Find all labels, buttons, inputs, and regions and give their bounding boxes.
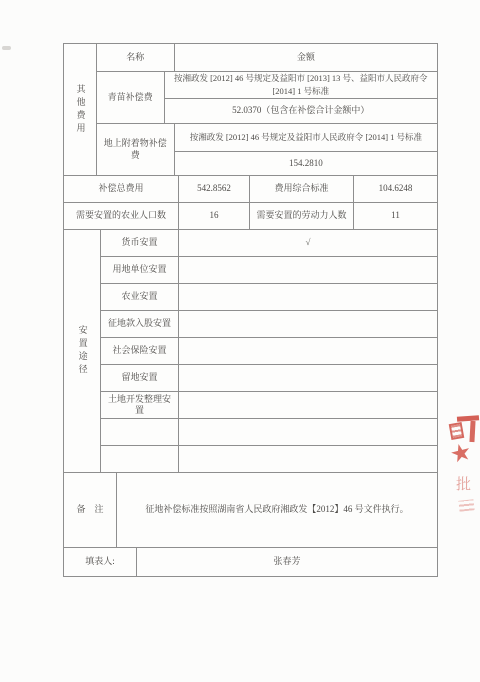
young-crop-label: 青苗补偿费 xyxy=(97,72,165,124)
header-amount: 金额 xyxy=(175,44,437,72)
scanned-form-page: 其他费用 名称 金额 青苗补偿费 按湘政发 [2012] 46 号规定及益阳市 … xyxy=(0,0,480,682)
stamp-downstroke xyxy=(469,421,475,442)
placement-value xyxy=(179,392,437,419)
placement-section: 安置途径 货币安置 √ 用地单位安置 农业安置 征地款入股安置 xyxy=(64,230,437,473)
placement-row-social-insurance: 社会保险安置 xyxy=(101,338,437,365)
placement-label: 土地开发整理安置 xyxy=(101,392,179,419)
other-fees-section: 其他费用 名称 金额 青苗补偿费 按湘政发 [2012] 46 号规定及益阳市 … xyxy=(64,44,437,176)
scan-smudge xyxy=(2,46,11,50)
agri-population-value: 16 xyxy=(179,203,250,230)
placement-section-label: 安置途径 xyxy=(64,230,101,473)
young-crop-standard: 按湘政发 [2012] 46 号规定及益阳市 [2013] 13 号、益阳市人民… xyxy=(165,72,437,99)
agri-population-label: 需要安置的农业人口数 xyxy=(64,203,179,230)
preparer-label: 填表人: xyxy=(64,548,137,576)
placement-checkmark: √ xyxy=(179,230,437,257)
remarks-row: 备 注 征地补偿标准按照湖南省人民政府湘政发【2012】46 号文件执行。 xyxy=(64,473,437,548)
placement-value xyxy=(179,365,437,392)
placement-value xyxy=(179,257,437,284)
placement-row-monetary: 货币安置 √ xyxy=(101,230,437,257)
placement-label xyxy=(101,446,179,473)
labor-population-value: 11 xyxy=(354,203,437,230)
placement-value xyxy=(179,446,437,473)
star-icon: ★ xyxy=(447,439,474,467)
placement-label: 留地安置 xyxy=(101,365,179,392)
placement-row-agriculture: 农业安置 xyxy=(101,284,437,311)
total-fee-label: 补偿总费用 xyxy=(64,176,179,203)
placement-row-equity: 征地款入股安置 xyxy=(101,311,437,338)
preparer-name: 张春芳 xyxy=(137,548,437,576)
attachments-standard: 按湘政发 [2012] 46 号规定及益阳市人民政府令 [2014] 1 号标准 xyxy=(175,124,437,152)
compensation-form-table: 其他费用 名称 金额 青苗补偿费 按湘政发 [2012] 46 号规定及益阳市 … xyxy=(63,43,438,577)
young-crop-row: 青苗补偿费 按湘政发 [2012] 46 号规定及益阳市 [2013] 13 号… xyxy=(97,72,437,124)
young-crop-amount: 52.0370（包含在补偿合计金额中） xyxy=(165,99,437,124)
placement-label xyxy=(101,419,179,446)
attachments-amount: 154.2810 xyxy=(175,152,437,176)
placement-value xyxy=(179,311,437,338)
attachments-row: 地上附着物补偿费 按湘政发 [2012] 46 号规定及益阳市人民政府令 [20… xyxy=(97,124,437,176)
header-row: 名称 金额 xyxy=(97,44,437,72)
placement-row-empty-1 xyxy=(101,419,437,446)
placement-label: 征地款入股安置 xyxy=(101,311,179,338)
placement-label: 用地单位安置 xyxy=(101,257,179,284)
placement-value xyxy=(179,338,437,365)
comprehensive-standard-value: 104.6248 xyxy=(354,176,437,203)
placement-label: 社会保险安置 xyxy=(101,338,179,365)
remarks-label: 备 注 xyxy=(64,473,117,548)
totals-row: 补偿总费用 542.8562 费用综合标准 104.6248 xyxy=(64,176,437,203)
placement-row-reserved-land: 留地安置 xyxy=(101,365,437,392)
placement-row-land-development: 土地开发整理安置 xyxy=(101,392,437,419)
total-fee-value: 542.8562 xyxy=(179,176,250,203)
stamp-seal-square xyxy=(449,422,465,440)
stamp-character: 批 xyxy=(456,473,471,494)
labor-population-label: 需要安置的劳动力人数 xyxy=(250,203,354,230)
comprehensive-standard-label: 费用综合标准 xyxy=(250,176,354,203)
placement-label: 农业安置 xyxy=(101,284,179,311)
placement-row-empty-2 xyxy=(101,446,437,473)
placement-label: 货币安置 xyxy=(101,230,179,257)
header-name: 名称 xyxy=(97,44,175,72)
population-row: 需要安置的农业人口数 16 需要安置的劳动力人数 11 xyxy=(64,203,437,230)
attachments-label: 地上附着物补偿费 xyxy=(97,124,175,176)
placement-value xyxy=(179,284,437,311)
placement-row-land-use-unit: 用地单位安置 xyxy=(101,257,437,284)
remarks-text: 征地补偿标准按照湖南省人民政府湘政发【2012】46 号文件执行。 xyxy=(117,473,437,548)
stamp-faint-marks xyxy=(458,499,474,512)
other-fees-section-label: 其他费用 xyxy=(64,44,97,176)
preparer-row: 填表人: 张春芳 xyxy=(64,548,437,576)
stamp-bar xyxy=(457,415,479,422)
placement-value xyxy=(179,419,437,446)
